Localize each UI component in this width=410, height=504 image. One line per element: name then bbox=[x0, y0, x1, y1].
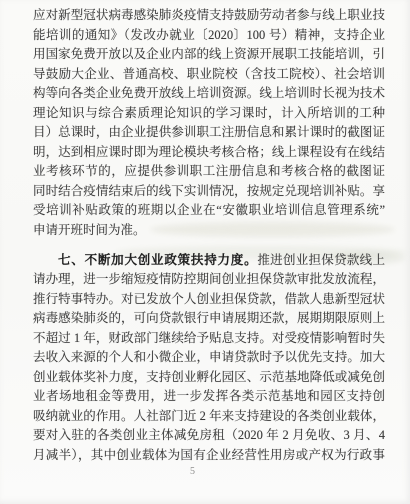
text-line: 不超过 1 年，财政部门继续给予贴息支持。对受疫情影响暂时失 bbox=[33, 329, 385, 349]
text-line: 同时结合疫情结束后的线下实训情况，按规定兑现培训补贴。享 bbox=[33, 182, 385, 202]
text-line: 目）总课时，由企业提供参训职工注册信息和累计课时的截图证 bbox=[33, 123, 385, 143]
text-line: 月减半），其中创业载体为国有企业经营性用房或产权为行政事业 bbox=[33, 446, 385, 466]
text-line: 去收入来源的个人和小微企业，申请贷款时予以优先支持。加大 bbox=[33, 348, 385, 368]
text-line: 用国家免费开放以及企业内部的线上资源开展职工技能培训，引 bbox=[33, 45, 385, 65]
text-line: 明，达到相应课时即为理论模块考核合格；线上课程设有在线结 bbox=[33, 143, 385, 163]
paragraph-entrepreneurship-policy: 七、不断加大创业政策扶持力度。推进创业担保贷款线上申 请办理，进一步缩短疫情防控… bbox=[33, 251, 385, 466]
text-line: 请办理，进一步缩短疫情防控期间创业担保贷款审批发放流程， bbox=[33, 270, 385, 290]
text-line: 推行特事特办。对已发放个人创业担保贷款，借款人患新型冠状 bbox=[33, 290, 385, 310]
text-line: 要对入驻的各类创业主体减免房租（2020 年 2 月免收、3 月、4 bbox=[33, 426, 385, 446]
text-line: 受培训补贴政策的班期以企业在“安徽职业培训信息管理系统” bbox=[33, 201, 385, 221]
text-line: 理论知识与综合素质理论知识的学习课时，计入所培训的工种（项 bbox=[33, 104, 385, 124]
text-line: 病毒感染肺炎的，可向贷款银行申请展期还款，展期期限原则上 bbox=[33, 309, 385, 329]
text-line: 吸纳就业的作用。人社部门近 2 年来支持建设的各类创业载体， bbox=[33, 407, 385, 427]
text-line: 七、不断加大创业政策扶持力度。推进创业担保贷款线上申 bbox=[33, 251, 385, 271]
text-line: 导鼓励大企业、普通高校、职业院校（含技工院校）、社会培训机 bbox=[33, 65, 385, 85]
page-number: 5 bbox=[0, 466, 385, 477]
paragraph-online-training: 应对新型冠状病毒感染肺炎疫情支持鼓励劳动者参与线上职业技 能培训的通知》（发改办… bbox=[33, 6, 385, 241]
text-line: 业者场地租金等费用，进一步发挥各类示范基地和园区支持创业、 bbox=[33, 387, 385, 407]
text-line: 构等向各类企业免费开放线上培训资源。线上培训时长视为技术 bbox=[33, 84, 385, 104]
document-text: 应对新型冠状病毒感染肺炎疫情支持鼓励劳动者参与线上职业技 能培训的通知》（发改办… bbox=[33, 6, 385, 466]
text-line: 创业载体奖补力度，支持创业孵化园区、示范基地降低或减免创 bbox=[33, 368, 385, 388]
document-page: 应对新型冠状病毒感染肺炎疫情支持鼓励劳动者参与线上职业技 能培训的通知》（发改办… bbox=[0, 0, 410, 504]
text-line: 能培训的通知》（发改办就业〔2020〕100 号）精神，支持企业利 bbox=[33, 26, 385, 46]
text-line: 申请开班时间为准。 bbox=[33, 221, 385, 241]
text-line: 业考核环节的，应提供参训职工注册信息和考核合格的截图证明， bbox=[33, 162, 385, 182]
section-heading: 七、不断加大创业政策扶持力度。 bbox=[58, 253, 257, 267]
text-line: 应对新型冠状病毒感染肺炎疫情支持鼓励劳动者参与线上职业技 bbox=[33, 6, 385, 26]
